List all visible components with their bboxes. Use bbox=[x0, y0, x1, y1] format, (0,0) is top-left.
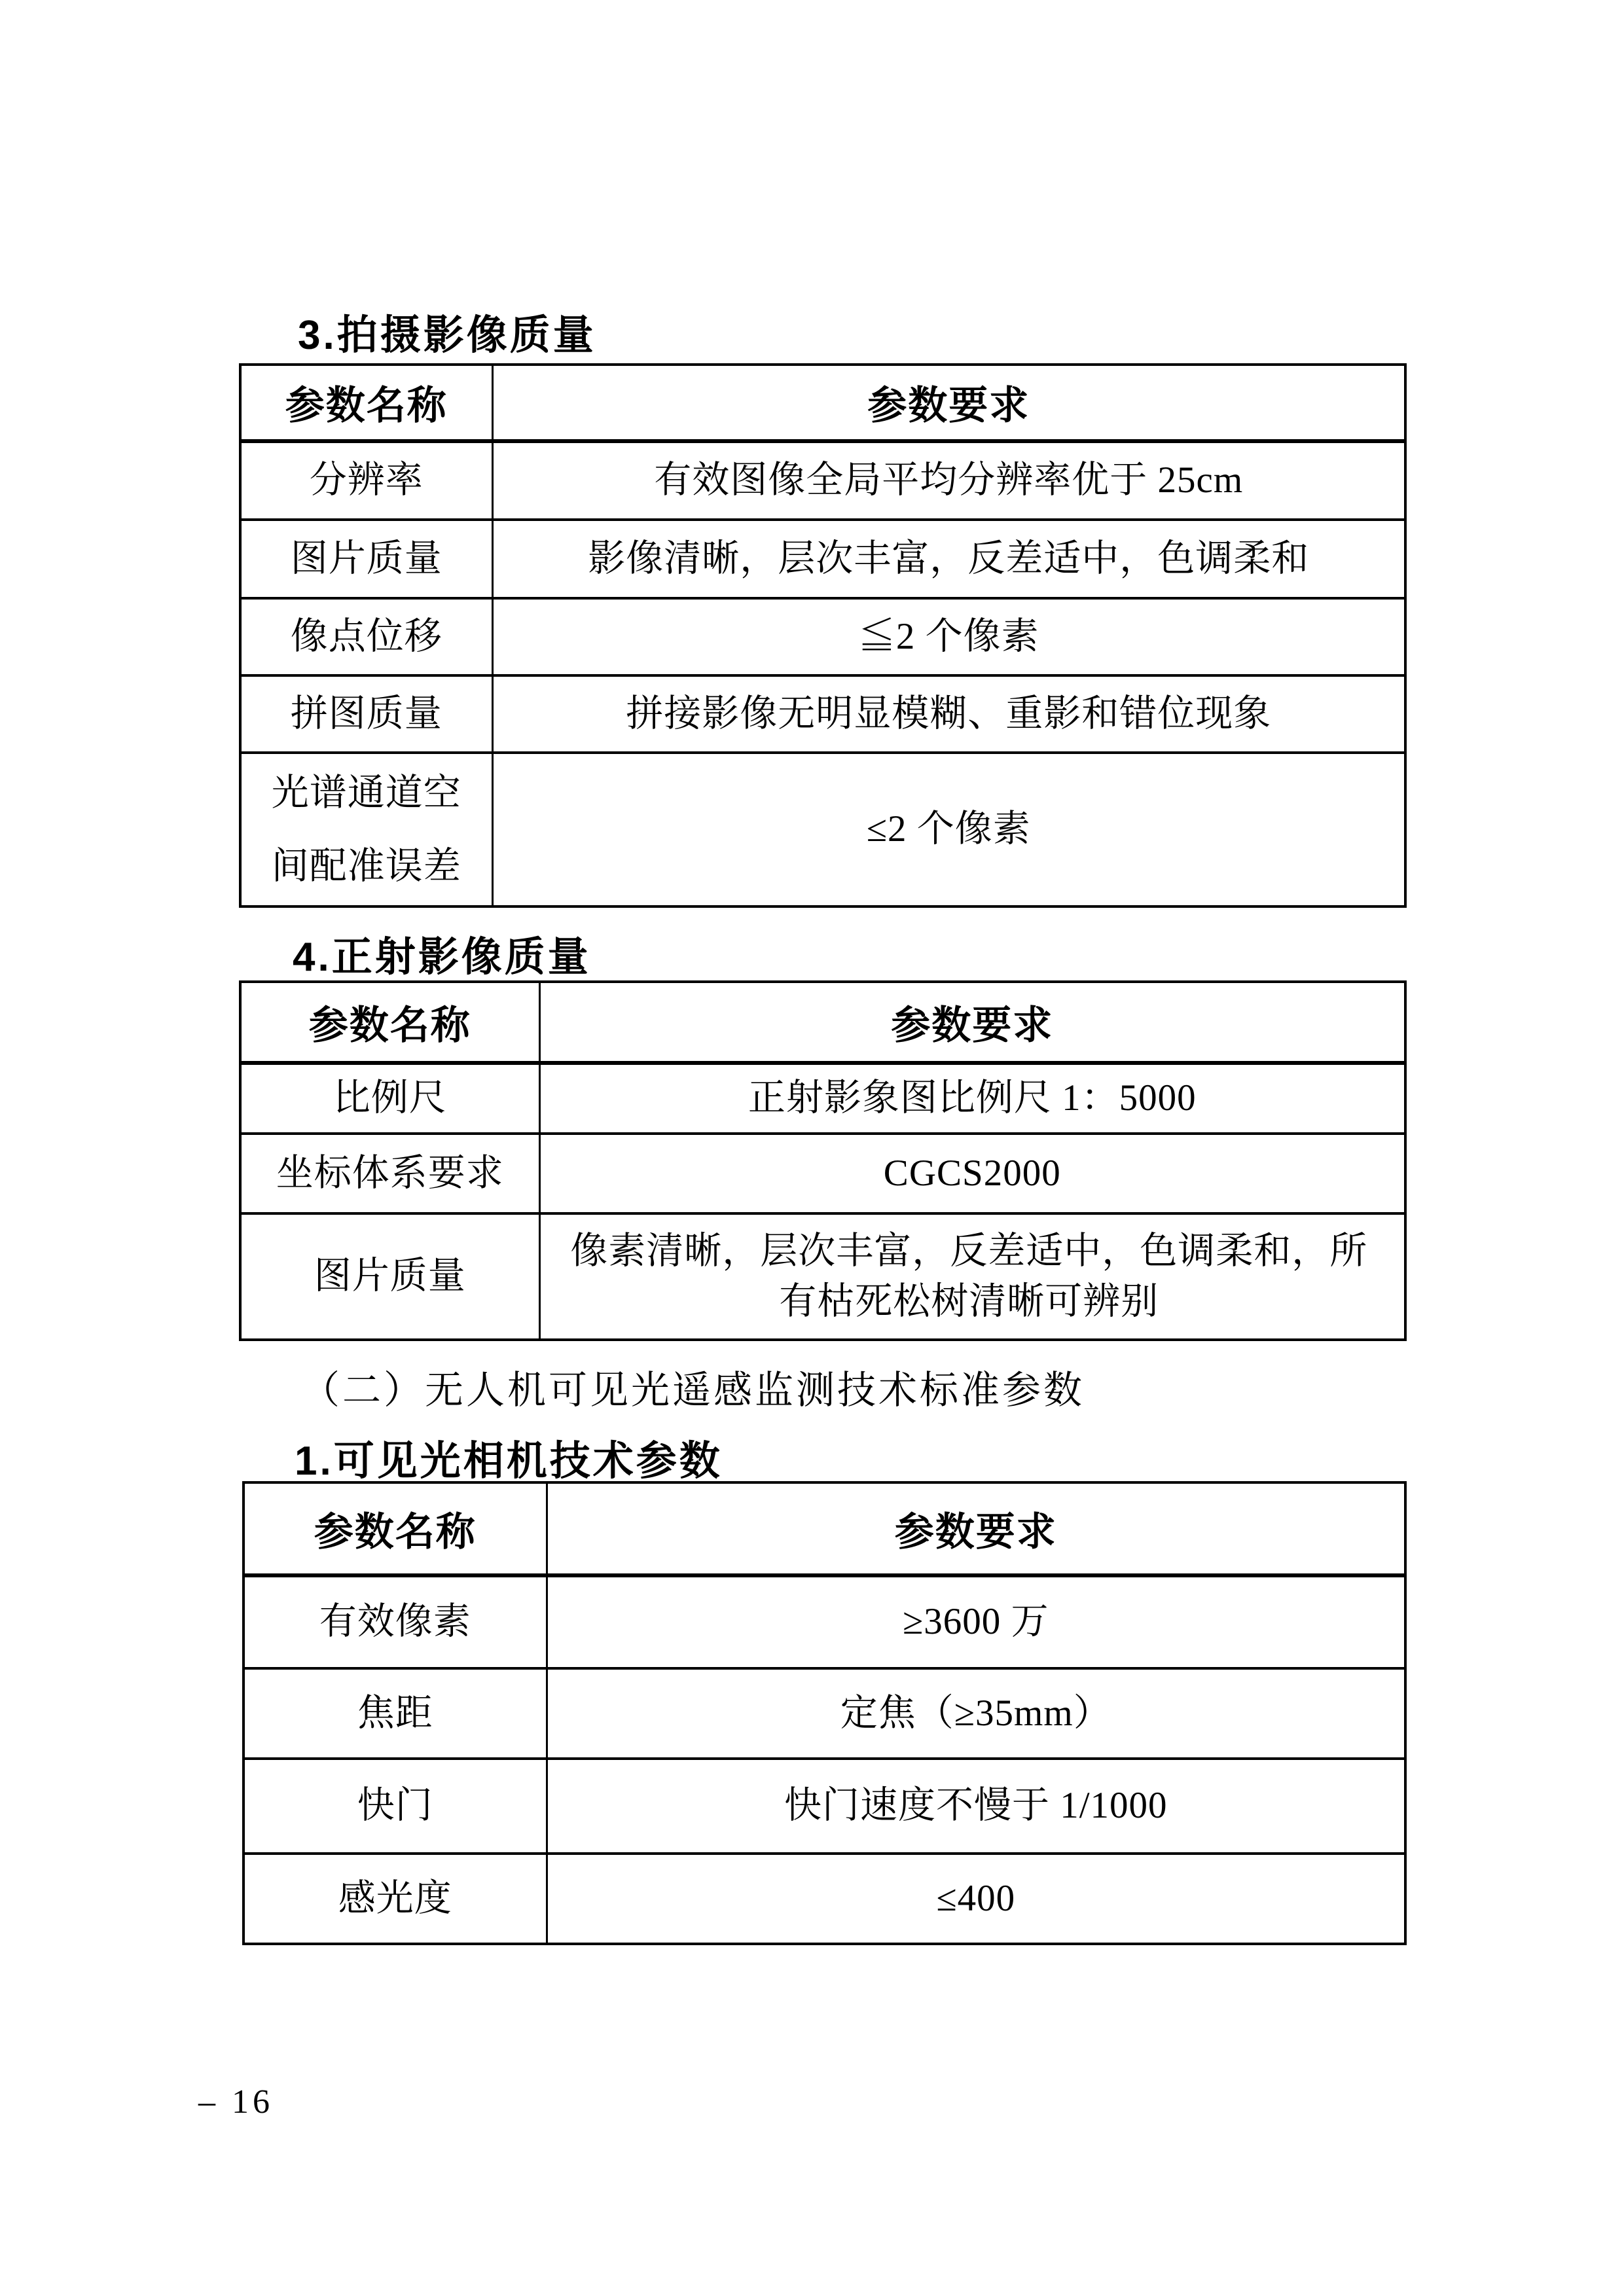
param-name-cell: 像点位移 bbox=[240, 598, 492, 675]
document-page: 3.拍摄影像质量 参数名称 参数要求 分辨率 有效图像全局平均分辨率优于 25c… bbox=[0, 0, 1624, 2296]
table-header-row: 参数名称 参数要求 bbox=[240, 982, 1405, 1063]
table-shooting-image-quality: 参数名称 参数要求 分辨率 有效图像全局平均分辨率优于 25cm 图片质量 影像… bbox=[239, 363, 1407, 908]
param-req-cell: ≦2 个像素 bbox=[492, 598, 1405, 675]
heading-shooting-image-quality: 3.拍摄影像质量 bbox=[298, 302, 596, 361]
table-header-row: 参数名称 参数要求 bbox=[244, 1482, 1405, 1575]
column-header-param-name: 参数名称 bbox=[240, 982, 539, 1063]
param-name-cell: 光谱通道空间配准误差 bbox=[240, 753, 492, 906]
table-row: 图片质量 像素清晰，层次丰富，反差适中，色调柔和，所有枯死松树清晰可辨别 bbox=[240, 1213, 1405, 1340]
page-number: – 16 bbox=[198, 2083, 274, 2121]
param-name-cell: 焦距 bbox=[244, 1668, 547, 1759]
param-req-cell: ≤2 个像素 bbox=[492, 753, 1405, 906]
param-req-cell: CGCS2000 bbox=[539, 1134, 1405, 1213]
table-row: 焦距 定焦（≥35mm） bbox=[244, 1668, 1405, 1759]
param-req-cell: 定焦（≥35mm） bbox=[547, 1668, 1405, 1759]
table-row: 坐标体系要求 CGCS2000 bbox=[240, 1134, 1405, 1213]
param-name-cell: 快门 bbox=[244, 1759, 547, 1854]
table-row: 图片质量 影像清晰，层次丰富，反差适中，色调柔和 bbox=[240, 520, 1405, 598]
table-row: 光谱通道空间配准误差 ≤2 个像素 bbox=[240, 753, 1405, 906]
param-name-cell: 图片质量 bbox=[240, 520, 492, 598]
param-name-two-line: 光谱通道空间配准误差 bbox=[268, 757, 465, 902]
param-name-cell: 图片质量 bbox=[240, 1213, 539, 1340]
param-req-cell: 正射影象图比例尺 1：5000 bbox=[539, 1063, 1405, 1134]
param-name-cell: 有效像素 bbox=[244, 1575, 547, 1668]
heading-visible-camera-params: 1.可见光相机技术参数 bbox=[295, 1428, 723, 1486]
param-name-cell: 感光度 bbox=[244, 1854, 547, 1944]
param-name-cell: 分辨率 bbox=[240, 441, 492, 520]
table-ortho-image-quality: 参数名称 参数要求 比例尺 正射影象图比例尺 1：5000 坐标体系要求 CGC… bbox=[239, 980, 1407, 1341]
table-row: 快门 快门速度不慢于 1/1000 bbox=[244, 1759, 1405, 1854]
table-row: 像点位移 ≦2 个像素 bbox=[240, 598, 1405, 675]
param-req-cell: 拼接影像无明显模糊、重影和错位现象 bbox=[492, 675, 1405, 753]
column-header-param-name: 参数名称 bbox=[240, 365, 492, 441]
param-req-cell: 影像清晰，层次丰富，反差适中，色调柔和 bbox=[492, 520, 1405, 598]
param-req-cell: 像素清晰，层次丰富，反差适中，色调柔和，所有枯死松树清晰可辨别 bbox=[539, 1213, 1405, 1340]
column-header-param-req: 参数要求 bbox=[492, 365, 1405, 441]
table-visible-camera-params: 参数名称 参数要求 有效像素 ≥3600 万 焦距 定焦（≥35mm） 快门 快… bbox=[242, 1481, 1407, 1945]
table-row: 感光度 ≤400 bbox=[244, 1854, 1405, 1944]
table-row: 拼图质量 拼接影像无明显模糊、重影和错位现象 bbox=[240, 675, 1405, 753]
table-header-row: 参数名称 参数要求 bbox=[240, 365, 1405, 441]
heading-ortho-image-quality: 4.正射影像质量 bbox=[293, 924, 591, 982]
table-row: 有效像素 ≥3600 万 bbox=[244, 1575, 1405, 1668]
param-req-cell: ≤400 bbox=[547, 1854, 1405, 1944]
param-name-cell: 比例尺 bbox=[240, 1063, 539, 1134]
heading-section-uav-visible-light: （二）无人机可见光遥感监测技术标准参数 bbox=[301, 1359, 1085, 1414]
table-row: 比例尺 正射影象图比例尺 1：5000 bbox=[240, 1063, 1405, 1134]
column-header-param-req: 参数要求 bbox=[539, 982, 1405, 1063]
param-req-cell: ≥3600 万 bbox=[547, 1575, 1405, 1668]
column-header-param-req: 参数要求 bbox=[547, 1482, 1405, 1575]
table-row: 分辨率 有效图像全局平均分辨率优于 25cm bbox=[240, 441, 1405, 520]
param-name-cell: 坐标体系要求 bbox=[240, 1134, 539, 1213]
param-req-cell: 快门速度不慢于 1/1000 bbox=[547, 1759, 1405, 1854]
param-name-cell: 拼图质量 bbox=[240, 675, 492, 753]
param-req-cell: 有效图像全局平均分辨率优于 25cm bbox=[492, 441, 1405, 520]
column-header-param-name: 参数名称 bbox=[244, 1482, 547, 1575]
